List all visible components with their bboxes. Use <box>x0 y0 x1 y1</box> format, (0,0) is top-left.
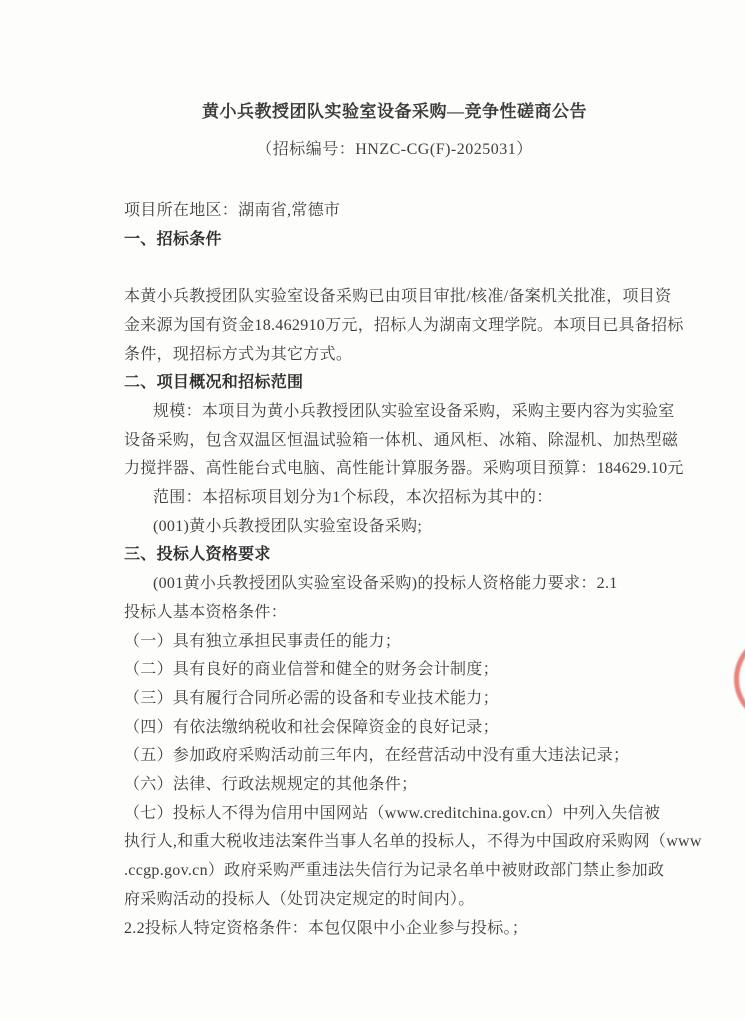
document-body: 项目所在地区：湖南省,常德市一、招标条件本黄小兵教授团队实验室设备采购已由项目审… <box>124 197 665 943</box>
doc-line: 项目所在地区：湖南省,常德市 <box>124 197 665 226</box>
doc-line: 2.2投标人特定资格条件：本包仅限中小企业参与投标。； <box>124 915 665 944</box>
doc-line: 府采购活动的投标人（处罚决定规定的时间内）。 <box>124 886 665 915</box>
doc-line: 二、项目概况和招标范围 <box>124 369 665 398</box>
doc-line: 执行人,和重大税收违法案件当事人名单的投标人，不得为中国政府采购网（www <box>124 828 665 857</box>
doc-line: 范围：本招标项目划分为1个标段，本次招标为其中的： <box>124 484 665 513</box>
doc-line: （四）有依法缴纳税收和社会保障资金的良好记录； <box>124 714 665 743</box>
doc-line: （六）法律、行政法规规定的其他条件； <box>124 771 665 800</box>
doc-line: 一、招标条件 <box>124 226 665 255</box>
doc-line: (001黄小兵教授团队实验室设备采购)的投标人资格能力要求：2.1 <box>124 570 665 599</box>
doc-line: 设备采购，包含双温区恒温试验箱一体机、通风柜、冰箱、除湿机、加热型磁 <box>124 427 665 456</box>
doc-line: （一）具有独立承担民事责任的能力； <box>124 628 665 657</box>
doc-line: 规模：本项目为黄小兵教授团队实验室设备采购，采购主要内容为实验室 <box>124 398 665 427</box>
document-title: 黄小兵教授团队实验室设备采购—竞争性磋商公告 <box>124 99 665 125</box>
doc-line: （七）投标人不得为信用中国网站（www.creditchina.gov.cn）中… <box>124 800 665 829</box>
scanned-document-page: 黄小兵教授团队实验室设备采购—竞争性磋商公告 （招标编号：HNZC-CG(F)-… <box>0 0 745 1020</box>
doc-line: （五）参加政府采购活动前三年内，在经营活动中没有重大违法记录； <box>124 742 665 771</box>
doc-line: 投标人基本资格条件： <box>124 599 665 628</box>
doc-line: 条件，现招标方式为其它方式。 <box>124 341 665 370</box>
doc-line: （三）具有履行合同所必需的设备和专业技术能力； <box>124 685 665 714</box>
doc-line: 三、投标人资格要求 <box>124 541 665 570</box>
document-content: 黄小兵教授团队实验室设备采购—竞争性磋商公告 （招标编号：HNZC-CG(F)-… <box>0 0 745 943</box>
doc-line: .ccgp.gov.cn）政府采购严重违法失信行为记录名单中被财政部门禁止参加政 <box>124 857 665 886</box>
tender-number-line: （招标编号：HNZC-CG(F)-2025031） <box>124 137 665 163</box>
doc-line: (001)黄小兵教授团队实验室设备采购; <box>124 513 665 542</box>
doc-line: 金来源为国有资金18.462910万元，招标人为湖南文理学院。本项目已具备招标 <box>124 312 665 341</box>
doc-line: 力搅拌器、高性能台式电脑、高性能计算服务器。采购项目预算：184629.10元 <box>124 455 665 484</box>
doc-line: 本黄小兵教授团队实验室设备采购已由项目审批/核准/备案机关批准，项目资 <box>124 283 665 312</box>
doc-line: （二）具有良好的商业信誉和健全的财务会计制度； <box>124 656 665 685</box>
